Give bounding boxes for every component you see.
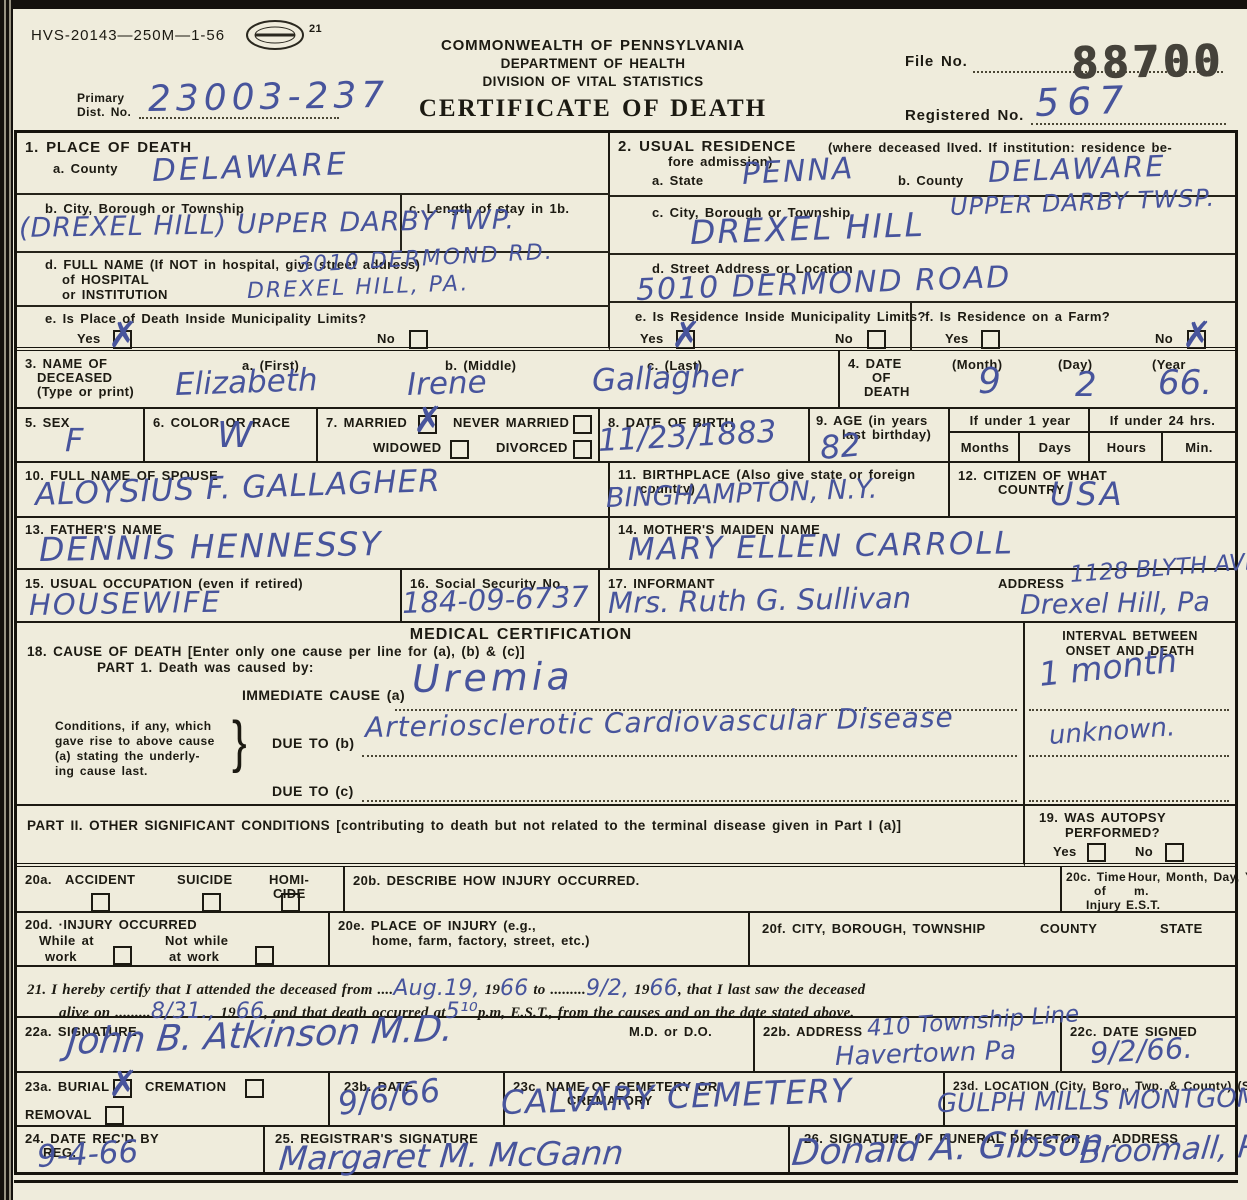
s18-cond-label3: (a) stating the underly-: [55, 749, 200, 763]
s20a-suicide-label: SUICIDE: [177, 872, 233, 888]
s17-value: Mrs. Ruth G. Sullivan: [608, 581, 912, 620]
s1-hospital-label3: or INSTITUTION: [62, 287, 168, 303]
section-name-of-deceased: 3. NAME OF DECEASED (Type or print) a. (…: [17, 351, 840, 409]
s2-farm-no-label: No: [1155, 331, 1173, 347]
section-spouse: 10. FULL NAME OF SPOUSE ALOYSIUS F. GALL…: [17, 463, 610, 518]
s19-yes-checkbox: [1087, 843, 1106, 862]
s22a-md-label: M.D. or D.O.: [629, 1024, 712, 1040]
file-no-label: File No.: [905, 53, 968, 71]
s23a-removal-label: REMOVAL: [25, 1107, 92, 1123]
s18-brace: }: [232, 709, 247, 778]
s7-never-checkbox: [573, 415, 592, 434]
scan-edge-line: [4, 0, 6, 1200]
s2-state-value: PENNA: [741, 151, 855, 192]
s20d-atwork-label: at work: [169, 949, 219, 965]
s20f-label: 20f. CITY, BOROUGH, TOWNSHIP: [762, 921, 986, 937]
section-cemetery-location: 23d. LOCATION (City, Boro., Twp. & Count…: [945, 1073, 1235, 1127]
section-place-of-death: 1. PLACE OF DEATH a. County DELAWARE b. …: [17, 133, 610, 351]
header-commonwealth: COMMONWEALTH OF PENNSYLVANIA: [383, 37, 803, 55]
s20c-label1: 20c. Time: [1066, 870, 1126, 884]
certify-text: 19: [480, 982, 500, 998]
s7-widowed-checkbox: [450, 440, 469, 459]
s20b-label: 20b. DESCRIBE HOW INJURY OCCURRED.: [353, 873, 640, 889]
s23d-value: GULPH MILLS MONTGOM Co. Pa.: [937, 1082, 1247, 1119]
s1-county-value: DELAWARE: [151, 146, 349, 189]
s4-title3: DEATH: [864, 384, 910, 400]
s20c-label3: Injury: [1086, 898, 1121, 912]
section-informant: 17. INFORMANT ADDRESS Mrs. Ruth G. Sulli…: [600, 570, 1235, 623]
certify-text: , that I last saw the deceased: [678, 982, 865, 998]
s24-value: 9-4-66: [36, 1134, 139, 1175]
s20a-accident-label: ACCIDENT: [65, 872, 135, 888]
section-medical-certification: MEDICAL CERTIFICATION 18. CAUSE OF DEATH…: [17, 623, 1025, 806]
s18-due-b-label: DUE TO (b): [272, 735, 354, 752]
section-date-received: 24. DATE REC'D BY REG. 9-4-66: [17, 1127, 265, 1172]
s2-county-value: DELAWARE: [987, 149, 1166, 189]
primary-dist-label2: Dist. No.: [77, 105, 131, 119]
s7-married-label: 7. MARRIED: [326, 415, 407, 431]
s20a-num: 20a.: [25, 872, 52, 888]
s15-value: HOUSEWIFE: [29, 585, 222, 622]
part2-label: PART II. OTHER SIGNIFICANT CONDITIONS [c…: [27, 818, 901, 834]
s2-county-label: b. County: [898, 173, 964, 189]
s5-value: F: [65, 421, 83, 459]
s14-value: MARY ELLEN CARROLL: [628, 525, 1014, 568]
rule: [17, 305, 610, 307]
s4-day-value: 2: [1075, 365, 1097, 405]
s1-yes-label: Yes: [77, 331, 101, 347]
s19-no-label: No: [1135, 844, 1153, 860]
dotted-rule: [362, 755, 1017, 757]
seal-number: 21: [309, 23, 322, 36]
s19-label1: 19. WAS AUTOPSY: [1039, 810, 1166, 826]
dotted-rule: [362, 800, 1017, 802]
age-hours-cell: Hours: [1090, 433, 1163, 463]
s2-state-label: a. State: [652, 173, 703, 189]
scan-edge-line: [9, 0, 11, 1200]
section-marital-status: 7. MARRIED NEVER MARRIED WIDOWED DIVORCE…: [318, 409, 600, 463]
s23a-cremation-checkbox: [245, 1079, 264, 1098]
s18-immediate-label: IMMEDIATE CAUSE (a): [242, 687, 405, 704]
bottom-rule: [14, 1180, 1238, 1183]
section-father: 13. FATHER'S NAME DENNIS HENNESSY: [17, 518, 610, 570]
s7-married-checkbox: [418, 415, 437, 434]
s20d-whileat-checkbox: [113, 946, 132, 965]
age-under24-header: If under 24 hrs.: [1090, 409, 1235, 433]
s23a-removal-checkbox: [105, 1106, 124, 1125]
s9-hours-label: Hours: [1090, 440, 1163, 456]
registered-no-label: Registered No.: [905, 107, 1024, 125]
age-months-cell: Months: [950, 433, 1020, 463]
s9-under24-label: If under 24 hrs.: [1090, 413, 1235, 429]
s23a-burial-checkbox: [113, 1079, 132, 1098]
section-usual-residence: 2. USUAL RESIDENCE (where deceased lIved…: [610, 133, 1235, 351]
section-birthplace: 11. BIRTHPLACE (Also give state or forei…: [610, 463, 950, 518]
printers-union-seal-icon: [245, 17, 305, 53]
header-division: DIVISION OF VITAL STATISTICS: [383, 74, 803, 90]
s1-hospital-value2: DREXEL HILL, PA.: [247, 271, 470, 304]
section-age: 9. AGE (in years last birthday) 82: [810, 409, 950, 463]
s7-divorced-label: DIVORCED: [496, 440, 568, 456]
dotted-rule: [1029, 709, 1229, 711]
s7-widowed-label: WIDOWED: [373, 440, 442, 456]
section-registrar-signature: 25. REGISTRAR'S SIGNATURE Margaret M. Mc…: [265, 1127, 790, 1172]
section-burial: 23a. BURIAL CREMATION REMOVAL: [17, 1073, 330, 1127]
s20f-state-label: STATE: [1160, 921, 1203, 937]
s20a-homicide-checkbox: [281, 893, 300, 912]
s20d-notwhile-label: Not while: [165, 933, 228, 949]
s20c-m-label: m.: [1134, 884, 1149, 898]
dotted-rule: [1029, 755, 1229, 757]
s18-title: MEDICAL CERTIFICATION: [17, 625, 1025, 644]
s9-min-label: Min.: [1163, 440, 1235, 456]
s20c-label2: of: [1094, 884, 1106, 898]
registered-no-value: 567: [1034, 78, 1132, 125]
s18-interval-label1: INTERVAL BETWEEN: [1025, 629, 1235, 644]
s1-hospital-label2: of HOSPITAL: [62, 272, 149, 288]
s7-divorced-checkbox: [573, 440, 592, 459]
s18-interval-b-value: unknown.: [1048, 712, 1176, 751]
s18-cond-label1: Conditions, if any, which: [55, 719, 211, 733]
s1-no-label: No: [377, 331, 395, 347]
certify-text: to .........: [528, 982, 586, 998]
section-20b: 20b. DESCRIBE HOW INJURY OCCURRED.: [345, 867, 1062, 913]
age-days-cell: Days: [1020, 433, 1090, 463]
s19-label2: PERFORMED?: [1065, 825, 1160, 841]
s20c-hour-label: Hour,: [1128, 870, 1161, 884]
s20d-notwhile-checkbox: [255, 946, 274, 965]
s4-month-value: 9: [978, 361, 1001, 402]
s3-first-value: Elizabeth: [174, 362, 318, 403]
s20d-label: 20d. ·INJURY OCCURRED: [25, 917, 197, 933]
s9-under1-label: If under 1 year: [950, 413, 1090, 429]
s23a-burial-label: 23a. BURIAL: [25, 1079, 109, 1095]
s20c-mdy-label: Month, Day, Year: [1166, 870, 1247, 884]
header-department: DEPARTMENT OF HEALTH: [383, 56, 803, 72]
age-under1-header: If under 1 year: [950, 409, 1090, 433]
rule: [17, 193, 610, 195]
certificate-title: CERTIFICATE OF DEATH: [383, 94, 803, 124]
section-date-of-birth: 8. DATE OF BIRTH 11/23/1883: [600, 409, 810, 463]
section-physician-address: 22b. ADDRESS 410 Township Line Havertown…: [755, 1018, 1062, 1073]
s18-cond-label2: gave rise to above cause: [55, 734, 215, 748]
s25-value: Margaret M. McGann: [277, 1133, 625, 1178]
s3-middle-value: Irene: [406, 364, 487, 403]
s22b-label: 22b. ADDRESS: [763, 1024, 863, 1040]
rule: [610, 253, 1235, 255]
s22c-value: 9/2/66.: [1089, 1031, 1193, 1070]
section-ssn: 16. Social Security No.. 184-09-6737: [402, 570, 600, 623]
s18-due-b-value: Arteriosclerotic Cardiovascular Disease: [365, 701, 954, 744]
section-20e: 20e. PLACE OF INJURY (e.g., home, farm, …: [330, 913, 750, 967]
s9-days-label: Days: [1020, 440, 1090, 456]
section-color-race: 6. COLOR OR RACE W: [145, 409, 318, 463]
s7-never-label: NEVER MARRIED: [453, 415, 569, 431]
section-cemetery: 23c. NAME OF CEMETERY OR CREMATORY CALVA…: [505, 1073, 945, 1127]
section-interval: INTERVAL BETWEEN ONSET AND DEATH 1 month…: [1025, 623, 1235, 806]
s2-city-value: DREXEL HILL: [689, 205, 925, 252]
s2-no-checkbox: [867, 330, 886, 349]
s18-part1-label: PART 1. Death was caused by:: [97, 660, 314, 676]
dotted-rule: [1029, 800, 1229, 802]
primary-dist-label1: Primary: [77, 91, 125, 105]
s5-label: 5. SEX: [25, 415, 70, 431]
s1-yes-checkbox: [113, 330, 132, 349]
section-20a: 20a. ACCIDENT SUICIDE HOMI- CIDE: [17, 867, 345, 913]
s9-months-label: Months: [950, 440, 1020, 456]
s23a-cremation-label: CREMATION: [145, 1079, 226, 1095]
s20e-label2: home, farm, factory, street, etc.): [372, 933, 590, 949]
s2-yes-label: Yes: [640, 331, 664, 347]
s20c-est-label: E.S.T.: [1126, 898, 1160, 912]
certify-text: 21. I hereby certify that I attended the…: [27, 982, 393, 998]
section-20f: 20f. CITY, BOROUGH, TOWNSHIP COUNTY STAT…: [750, 913, 1235, 967]
age-min-cell: Min.: [1163, 433, 1235, 463]
section-part2: PART II. OTHER SIGNIFICANT CONDITIONS [c…: [17, 806, 1025, 867]
s20a-suicide-checkbox: [202, 893, 221, 912]
s2-farm-label: f. Is Residence on a Farm?: [925, 309, 1110, 325]
s2-township-note: UPPER DARBY TWSP.: [950, 184, 1216, 221]
certify-line1: 21. I hereby certify that I attended the…: [27, 975, 865, 1000]
section-date-signed: 22c. DATE SIGNED 9/2/66.: [1062, 1018, 1235, 1073]
s2-no-label: No: [835, 331, 853, 347]
s22b-value2: Havertown Pa: [834, 1036, 1016, 1072]
s20d-work-label: work: [45, 949, 77, 965]
s19-yes-label: Yes: [1053, 844, 1077, 860]
s2-farm-no-checkbox: [1187, 330, 1206, 349]
certificate-form: 1. PLACE OF DEATH a. County DELAWARE b. …: [14, 130, 1238, 1175]
s16-value: 184-09-6737: [401, 579, 589, 620]
s12-value: USA: [1050, 475, 1125, 513]
section-20d: 20d. ·INJURY OCCURRED While at work Not …: [17, 913, 330, 967]
section-occupation: 15. USUAL OCCUPATION (even if retired) H…: [17, 570, 402, 623]
s1-municipality-label: e. Is Place of Death Inside Municipality…: [45, 311, 366, 327]
s3-last-value: Gallagher: [591, 358, 743, 399]
s9-value: 82: [818, 426, 862, 467]
rule: [910, 301, 912, 351]
s2-farm-yes-checkbox: [981, 330, 1000, 349]
s13-value: DENNIS HENNESSY: [39, 524, 383, 569]
section-date-of-death: 4. DATE OF DEATH (Month) (Day) (Year 9 2…: [840, 351, 1235, 409]
s20a-accident-checkbox: [91, 893, 110, 912]
s2-farm-yes-label: Yes: [945, 331, 969, 347]
section-autopsy: 19. WAS AUTOPSY PERFORMED? Yes No: [1025, 806, 1235, 867]
s26-value: Donald A. Gibson: [790, 1122, 1106, 1174]
s18-cond-label4: ing cause last.: [55, 764, 148, 778]
s18-immediate-value: Uremia: [412, 654, 574, 701]
section-sex: 5. SEX F: [17, 409, 145, 463]
section-funeral-director: 26. SIGNATURE OF FUNERAL DIRECTOR ADDRES…: [790, 1127, 1235, 1172]
s26-address-value: Broomall, Pa: [1078, 1128, 1247, 1171]
s20e-label1: 20e. PLACE OF INJURY (e.g.,: [338, 918, 536, 934]
s17-address-value2: Drexel Hill, Pa: [1020, 587, 1210, 621]
section-20c: 20c. Time of Injury Hour, m. E.S.T. Mont…: [1062, 867, 1235, 913]
s2-yes-checkbox: [676, 330, 695, 349]
form-number: HVS-20143—250M—1-56: [31, 27, 225, 45]
section-burial-date: 23b. DATE 9/6/66: [330, 1073, 505, 1127]
s20f-county-label: COUNTY: [1040, 921, 1097, 937]
s18-due-c-label: DUE TO (c): [272, 783, 354, 800]
scanned-death-certificate: HVS-20143—250M—1-56 21 COMMONWEALTH OF P…: [0, 0, 1247, 1200]
s6-value: W: [217, 415, 253, 456]
s20d-whileat-label: While at: [39, 933, 94, 949]
primary-dist-value: 23003-237: [148, 75, 390, 120]
s1-no-checkbox: [409, 330, 428, 349]
s19-no-checkbox: [1165, 843, 1184, 862]
s1-county-label: a. County: [53, 161, 118, 177]
certify-text: 19: [629, 982, 649, 998]
s4-year-value: 66.: [1158, 363, 1212, 403]
s3-title3: (Type or print): [37, 384, 134, 400]
section-citizen: 12. CITIZEN OF WHAT COUNTRY USA: [950, 463, 1235, 518]
